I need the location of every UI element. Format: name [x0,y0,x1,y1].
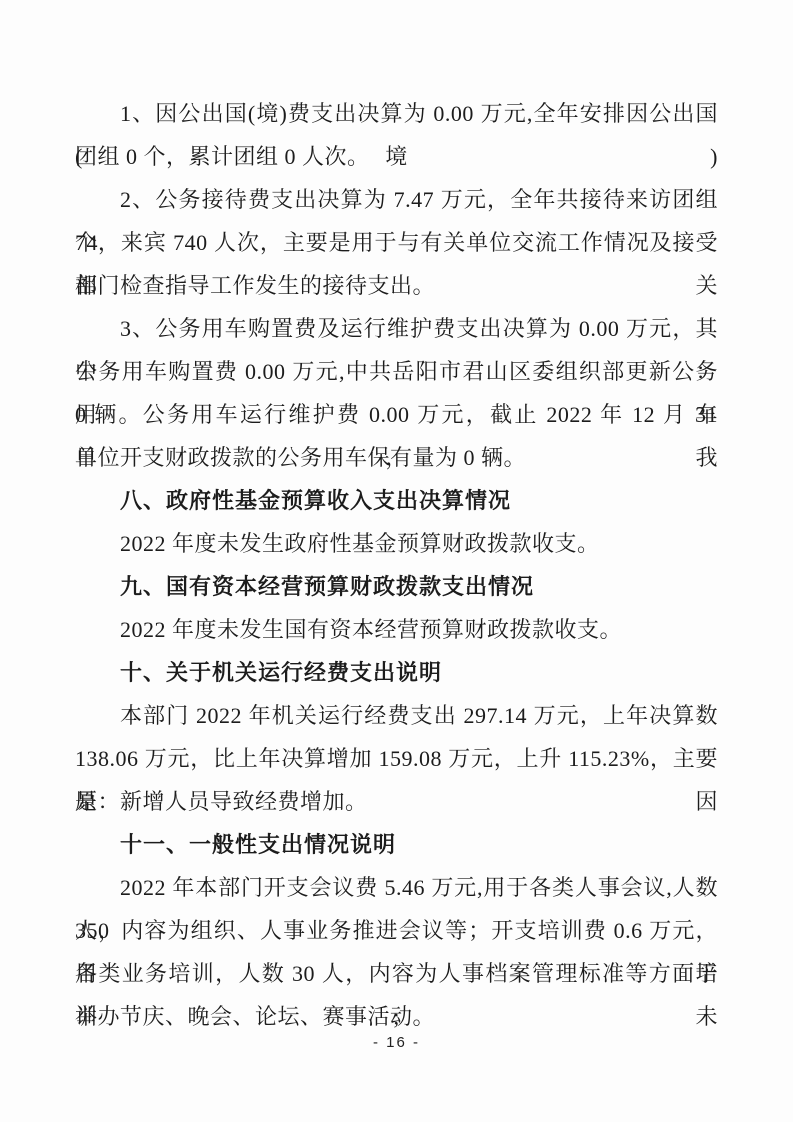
paragraph-overseas-trips: 1、因公出国(境)费支出决算为 0.00 万元,全年安排因公出国(境) 团组 0… [75,92,718,178]
text-line: 个，来宾 740 人次，主要是用于与有关单位交流工作情况及接受相关 [75,221,718,264]
text-line: 0 辆。公务用车运行维护费 0.00 万元，截止 2022 年 12 月 31 … [75,393,718,436]
section-heading-operating-expenses: 十、关于机关运行经费支出说明 [75,651,718,694]
section-heading-state-capital: 九、国有资本经营预算财政拨款支出情况 [75,565,718,608]
text-line: 各类业务培训，人数 30 人，内容为人事档案管理标准等方面培训;未 [75,952,718,995]
section-heading-text: 九、国有资本经营预算财政拨款支出情况 [75,565,718,608]
text-line: 2022 年度未发生政府性基金预算财政拨款收支。 [75,522,718,565]
paragraph-official-vehicles: 3、公务用车购置费及运行维护费支出决算为 0.00 万元，其中： 公务用车购置费… [75,307,718,479]
paragraph-government-funds: 2022 年度未发生政府性基金预算财政拨款收支。 [75,522,718,565]
text-line: 2022 年本部门开支会议费 5.46 万元,用于各类人事会议,人数 350 [75,866,718,909]
text-line: 本部门 2022 年机关运行经费支出 297.14 万元，上年决算数 [75,694,718,737]
section-heading-text: 十一、一般性支出情况说明 [75,823,718,866]
text-line: 人，内容为组织、人事业务推进会议等；开支培训费 0.6 万元，用于 [75,909,718,952]
text-line: 1、因公出国(境)费支出决算为 0.00 万元,全年安排因公出国(境) [75,92,718,135]
text-line: 3、公务用车购置费及运行维护费支出决算为 0.00 万元，其中： [75,307,718,350]
text-line: 2022 年度未发生国有资本经营预算财政拨款收支。 [75,608,718,651]
section-heading-text: 十、关于机关运行经费支出说明 [75,651,718,694]
text-line: 138.06 万元，比上年决算增加 159.08 万元，上升 115.23%，主… [75,737,718,780]
document-page: 1、因公出国(境)费支出决算为 0.00 万元,全年安排因公出国(境) 团组 0… [0,0,793,1122]
paragraph-operating-expenses: 本部门 2022 年机关运行经费支出 297.14 万元，上年决算数 138.0… [75,694,718,823]
section-heading-government-funds: 八、政府性基金预算收入支出决算情况 [75,479,718,522]
section-heading-text: 八、政府性基金预算收入支出决算情况 [75,479,718,522]
document-body: 1、因公出国(境)费支出决算为 0.00 万元,全年安排因公出国(境) 团组 0… [75,92,718,1038]
text-line: 公务用车购置费 0.00 万元,中共岳阳市君山区委组织部更新公务用车 [75,350,718,393]
page-number: - 16 - [0,1033,793,1053]
text-line: 2、公务接待费支出决算为 7.47 万元，全年共接待来访团组 74 [75,178,718,221]
paragraph-official-reception: 2、公务接待费支出决算为 7.47 万元，全年共接待来访团组 74 个，来宾 7… [75,178,718,307]
section-heading-general-expenses: 十一、一般性支出情况说明 [75,823,718,866]
paragraph-state-capital: 2022 年度未发生国有资本经营预算财政拨款收支。 [75,608,718,651]
paragraph-general-expenses: 2022 年本部门开支会议费 5.46 万元,用于各类人事会议,人数 350 人… [75,866,718,1038]
